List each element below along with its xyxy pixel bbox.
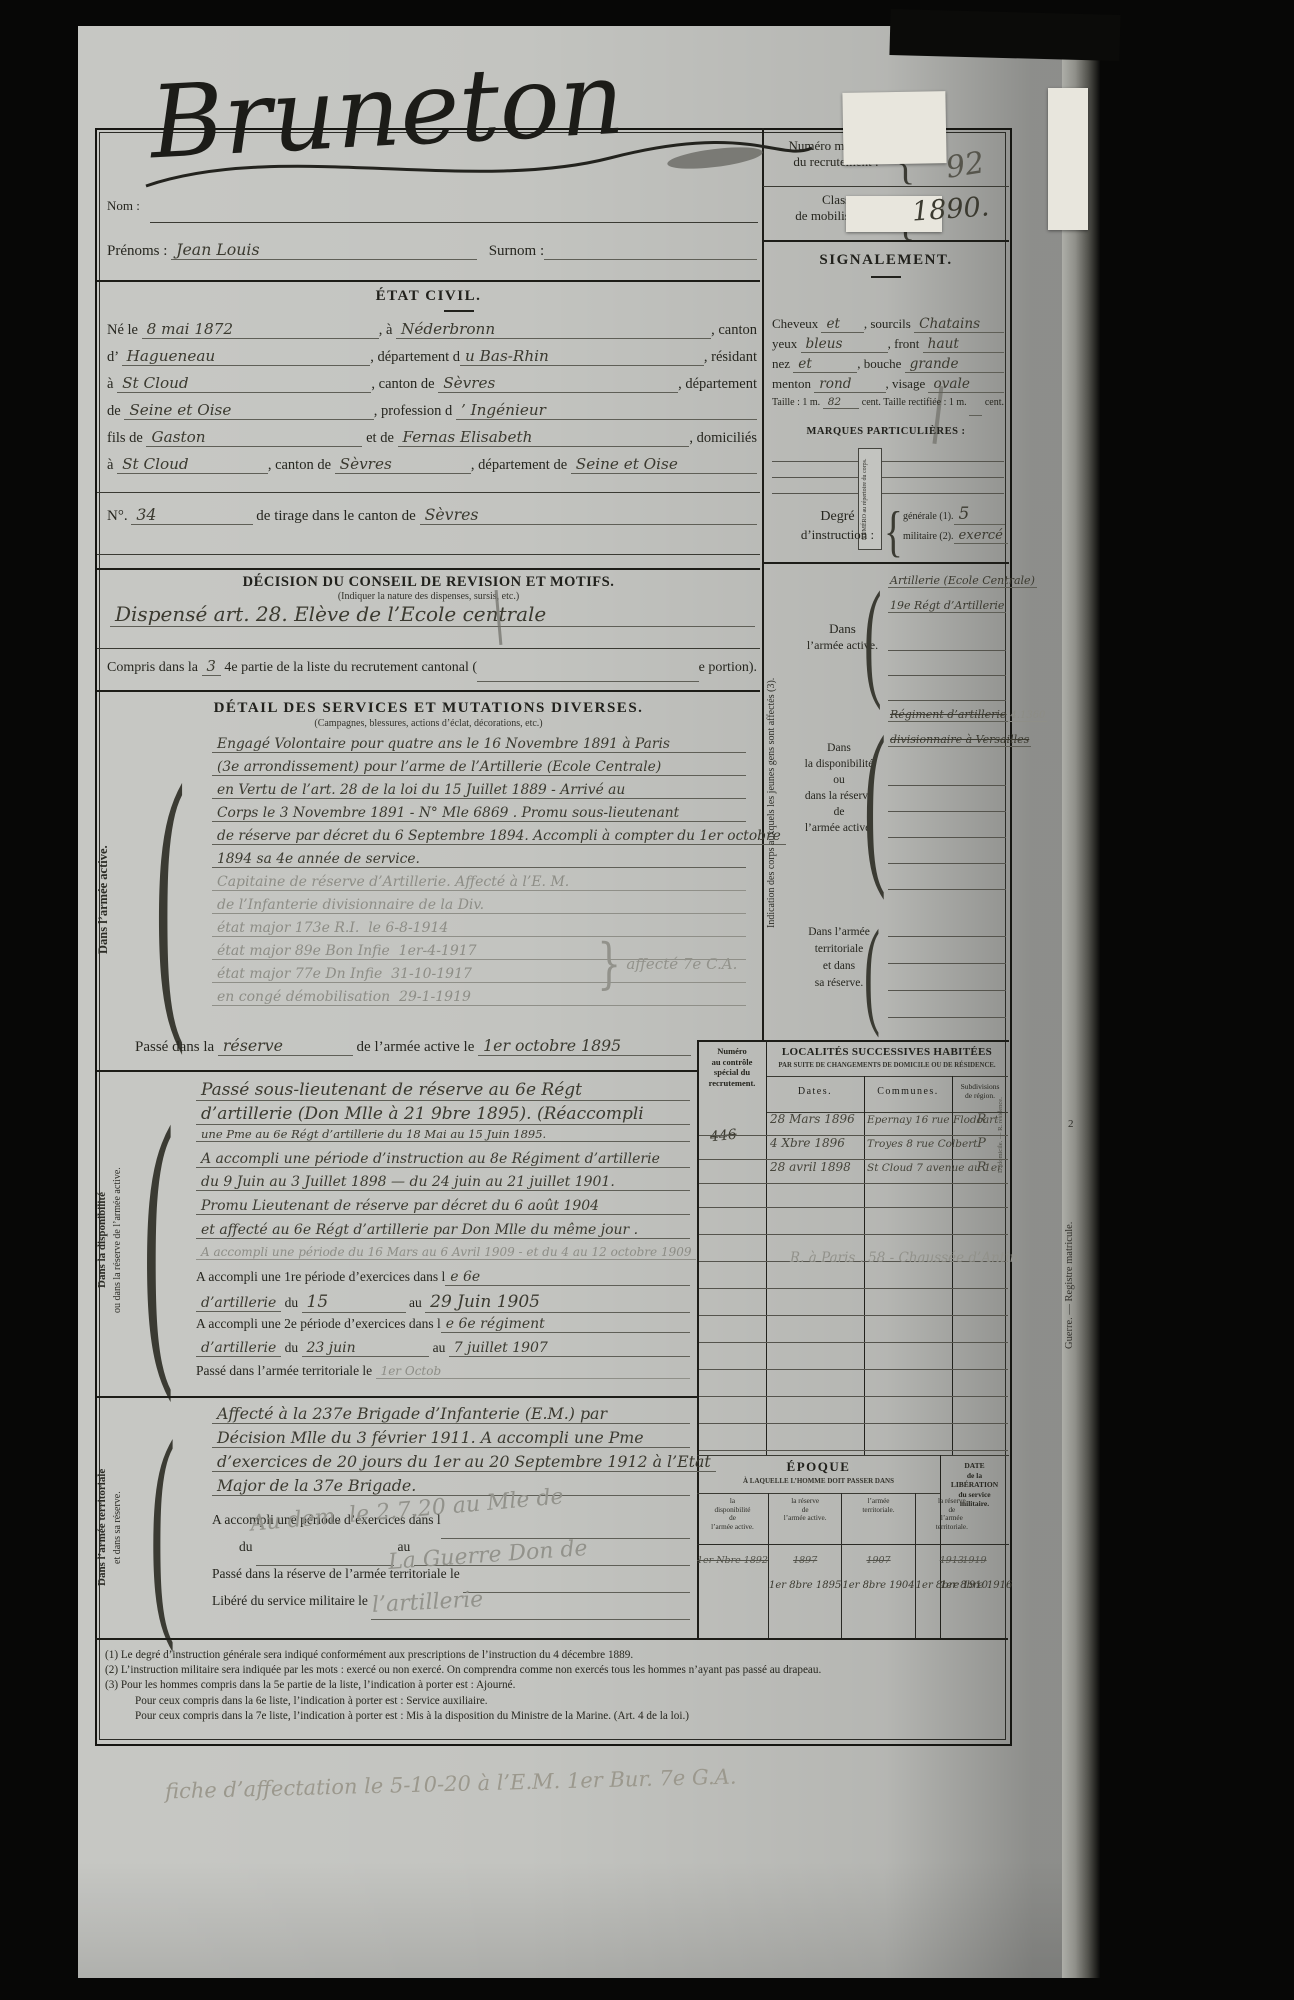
printed-text: , bouche: [857, 356, 904, 372]
brace: (: [155, 740, 185, 1040]
locality-row: 4 Xbre 1896Troyes 8 rue ColbertP: [699, 1136, 1008, 1160]
handwritten-text: Seine et Oise: [124, 401, 373, 420]
rule: [97, 648, 760, 649]
handwritten-text: A accompli une période d’instruction au …: [196, 1151, 690, 1168]
title-tick: [871, 276, 901, 278]
form-line: menton rond, visage ovale: [772, 376, 1004, 396]
text-line: (1) Le degré d’instruction générale sera…: [105, 1648, 1003, 1663]
handwritten-text: 1894 sa 4e année de service.: [212, 851, 746, 868]
form-line: de Seine et Oise, profession d ’ Ingénie…: [107, 401, 757, 428]
printed-text: , résidant: [704, 349, 757, 366]
handwritten-text: Promu Lieutenant de réserve par décret d…: [196, 1198, 690, 1215]
form-line: (3e arrondissement) pour l’arme de l’Art…: [212, 759, 746, 782]
form-line: Artillerie (Ecole Centrale): [888, 574, 1006, 599]
form-line: Passé dans l’armée territoriale le 1er O…: [196, 1363, 690, 1387]
handwritten-text: Jean Louis: [171, 240, 477, 260]
title-tick: [444, 310, 474, 312]
handwritten-text: Dispensé art. 28. Elève de l’Ecole centr…: [110, 602, 755, 627]
label-line: l’armée: [842, 1497, 914, 1506]
form-line: Cheveux et, sourcils Chatains: [772, 316, 1004, 336]
handwritten-text: St Cloud: [117, 374, 371, 393]
separator: [97, 1070, 697, 1072]
handwritten-text: Gaston: [146, 428, 362, 447]
text-line: Pour ceux compris dans la 6e liste, l’in…: [105, 1694, 1003, 1709]
brace: (: [143, 1082, 174, 1388]
printed-text: Passé dans l’armée territoriale le: [196, 1363, 376, 1379]
label-line: la réserve: [916, 1497, 988, 1506]
text-line: Numéro: [700, 1046, 764, 1057]
epoque-column: l’arméeterritoriale.19071er 8bre 1904: [842, 1493, 915, 1640]
classe-value: 1890.: [911, 191, 990, 227]
blank-rules: [888, 760, 1006, 892]
locality-row: 28 Mars 1896Epernay 16 rue FlodoartR: [699, 1112, 1008, 1136]
handwritten-text: divisionnaire à Versailles: [888, 733, 1031, 747]
printed-text: , département de: [471, 457, 571, 474]
form-line: A accompli une 1re période d’exercices d…: [196, 1269, 690, 1293]
form-line: et affecté au 6e Régt d’artillerie par D…: [196, 1222, 690, 1246]
handwritten-text: Sèvres: [335, 455, 471, 474]
handwritten-text: du 9 Juin au 3 Juillet 1898 — du 24 juin…: [196, 1174, 690, 1191]
form-line: Engagé Volontaire pour quatre ans le 16 …: [212, 736, 746, 759]
printed-text: , canton de: [268, 457, 335, 474]
printed-text: du: [281, 1295, 301, 1311]
label-line: l’armée active.: [769, 1514, 841, 1523]
label-line: de: [916, 1506, 988, 1515]
handwritten-text: d’artillerie (Don Mlle à 21 9bre 1895). …: [196, 1104, 690, 1125]
matricule-value: 92: [943, 145, 986, 186]
printed-text: A accompli une 1re période d’exercices d…: [196, 1269, 445, 1285]
epoque-column: ladisponibilitédel’armée active.1er Nbre…: [697, 1493, 769, 1640]
footnotes: (1) Le degré d’instruction générale sera…: [105, 1648, 1003, 1724]
col-communes-header: Communes.: [864, 1086, 952, 1097]
epoque-title: ÉPOQUE: [697, 1459, 940, 1475]
form-line: divisionnaire à Versailles: [888, 733, 1006, 758]
locality-date: 28 Mars 1896: [766, 1112, 867, 1126]
localites-title: LOCALITÉS SUCCESSIVES HABITÉES: [766, 1046, 1008, 1058]
blank-rules: [888, 626, 1006, 706]
brace: (: [864, 572, 882, 704]
locality-date: 28 avril 1898: [766, 1160, 867, 1174]
printed-text: , front: [888, 336, 923, 352]
degre-label-1: Degré: [790, 508, 885, 526]
handwritten-text: en Vertu de l’art. 28 de la loi du 15 Ju…: [212, 782, 746, 799]
blank-rules: [699, 1181, 1008, 1455]
locality-date: 4 Xbre 1896: [766, 1136, 867, 1150]
printed-text: Passé dans la: [135, 1039, 218, 1056]
printed-text: A accompli une 2e période d’exercices da…: [196, 1316, 441, 1332]
etat-civil-title: ÉTAT CIVIL.: [97, 288, 760, 305]
decision-subtitle: (Indiquer la nature des dispenses, sursi…: [97, 591, 760, 602]
separator: [97, 280, 760, 282]
label-line: l’armée active.: [697, 1523, 768, 1532]
handwritten-text: grande: [905, 356, 1004, 373]
handwritten-text: 19e Régt d’Artillerie: [888, 599, 1006, 613]
form-line: de réserve par décret du 6 Septembre 189…: [212, 828, 746, 851]
form-line: Compris dans la 3 4e partie de la liste …: [107, 658, 757, 682]
form-line: A accompli une période d’instruction au …: [196, 1151, 690, 1175]
handwritten-text: Chatains: [914, 316, 1004, 333]
rule: [97, 554, 760, 555]
handwritten-text: Passé sous-lieutenant de réserve au 6e R…: [196, 1080, 690, 1101]
printed-text: Taille : 1 m.: [772, 397, 823, 408]
spine-page-number: 2: [1068, 1118, 1074, 1130]
brace: {: [884, 500, 903, 564]
label-line: l’armée: [916, 1514, 988, 1523]
handwritten-text: Affecté à la 237e Brigade d’Infanterie (…: [212, 1404, 690, 1424]
printed-text: et de: [362, 430, 397, 447]
form-line: de l’Infanterie divisionnaire de la Div.: [212, 897, 746, 920]
compris-row: Compris dans la 3 4e partie de la liste …: [107, 658, 757, 682]
epoque-struck-value: 1897: [769, 1555, 841, 1566]
handwritten-text: e 6e régiment: [441, 1316, 690, 1333]
printed-text: , canton: [711, 322, 757, 339]
form-line: en Vertu de l’art. 28 de la loi du 15 Ju…: [212, 782, 746, 805]
printed-text: , profession d: [374, 403, 456, 420]
epoque-struck-value: 1er Nbre 1892: [697, 1555, 768, 1566]
service-block2-lines: Passé sous-lieutenant de réserve au 6e R…: [196, 1080, 690, 1387]
controle-header: Numéroau contrôlespécial durecrutement.: [700, 1046, 764, 1088]
printed-text: nez: [772, 356, 793, 372]
handwritten-text: 23 juin: [302, 1340, 430, 1357]
form-line: Promu Lieutenant de réserve par décret d…: [196, 1198, 690, 1222]
text-line: (3) Pour les hommes compris dans la 5e p…: [105, 1678, 1003, 1693]
epoque-subtitle: À LAQUELLE L’HOMME DOIT PASSER DANS: [697, 1477, 940, 1485]
liberation-date-values: 1919 1er 8bre 1916: [940, 1545, 1009, 1591]
form-line: Régiment d’artillerie4.1360: [888, 708, 1006, 733]
handwritten-text: e 6e: [445, 1269, 690, 1286]
printed-text: à: [107, 457, 117, 474]
corps-active-values: Artillerie (Ecole Centrale)19e Régt d’Ar…: [888, 574, 1006, 624]
epoque-value: 1er 8bre 1895: [769, 1580, 841, 1591]
handwritten-text: bleus: [801, 336, 888, 353]
printed-text: de: [107, 403, 124, 420]
side-label-disponibilite-2: ou dans la réserve de l’armée active.: [112, 1090, 123, 1390]
handwritten-text: Sèvres: [420, 505, 757, 525]
locality-sub: R: [955, 1160, 1008, 1175]
marques-label: MARQUES PARTICULIÈRES :: [763, 426, 1009, 437]
handwritten-text: 4.1360: [1008, 710, 1047, 722]
form-line: 1894 sa 4e année de service.: [212, 851, 746, 874]
handwritten-text: (3e arrondissement) pour l’arme de l’Art…: [212, 759, 746, 776]
separator: [763, 240, 1009, 242]
brace: (: [864, 710, 886, 892]
epoque-column: la réservedel’armée active.18971er 8bre …: [769, 1493, 842, 1640]
label-line: disponibilité: [697, 1506, 768, 1515]
printed-text: e portion).: [699, 660, 757, 676]
text-line: DATE: [940, 1461, 1009, 1471]
nom-label: Nom :: [107, 198, 140, 214]
text-line: LIBÉRATION: [940, 1480, 1009, 1490]
form-line: du 9 Juin au 3 Juillet 1898 — du 24 juin…: [196, 1174, 690, 1198]
locality-commune: St Cloud 7 avenue au 1er: [867, 1162, 955, 1174]
form-line: Passé sous-lieutenant de réserve au 6e R…: [196, 1080, 690, 1104]
printed-text: du: [281, 1340, 301, 1356]
handwritten-text: ’ Ingénieur: [456, 401, 757, 420]
prenoms-row: Prénoms : Jean Louis Surnom :: [107, 240, 757, 260]
brace: (: [150, 1406, 175, 1641]
handwritten-text: et: [793, 356, 857, 373]
handwritten-text: et affecté au 6e Régt d’artillerie par D…: [196, 1222, 690, 1239]
form-line: Passé dans la réserve de l’armée active …: [135, 1036, 691, 1066]
handwritten-text: Corps le 3 Novembre 1891 - N° Mle 6869 .…: [212, 805, 746, 822]
label-line: la: [697, 1497, 768, 1506]
handwritten-text: Décision Mlle du 3 février 1911. A accom…: [212, 1428, 690, 1448]
brace: }: [597, 932, 621, 995]
printed-text: fils de: [107, 430, 146, 447]
form-line: Taille : 1 m. 82 cent. Taille rectifiée …: [772, 396, 1004, 416]
form-line: générale (1).5: [903, 504, 1005, 528]
printed-text: N°.: [107, 508, 131, 525]
printed-text: yeux: [772, 336, 801, 352]
text-line: (2) L’instruction militaire sera indiqué…: [105, 1663, 1003, 1678]
handwritten-text: 8 mai 1872: [142, 320, 379, 339]
handwritten-text: 15: [302, 1292, 406, 1313]
localites-subtitle: PAR SUITE DE CHANGEMENTS DE DOMICILE OU …: [766, 1062, 1008, 1069]
form-line: à St Cloud, canton de Sèvres, départemen…: [107, 455, 757, 482]
handwritten-text: haut: [923, 336, 1004, 353]
form-line: A accompli une 2e période d’exercices da…: [196, 1316, 690, 1340]
affecte-text: affecté 7e C.A.: [626, 955, 737, 973]
handwritten-text: 1er Octob: [376, 1364, 690, 1379]
epoque-column-label: ladisponibilitédel’armée active.: [697, 1493, 768, 1545]
printed-text: au: [429, 1340, 449, 1356]
side-label-disponibilite-1: Dans la disponibilité: [96, 1090, 108, 1390]
localites-rows: 28 Mars 1896Epernay 16 rue FlodoartR4 Xb…: [699, 1112, 1008, 1184]
degre-label-2: d’instruction :: [790, 526, 885, 544]
tape-piece: [1048, 88, 1088, 230]
handwritten-text: et: [821, 316, 863, 333]
form-line: Prénoms : Jean Louis Surnom :: [107, 240, 757, 260]
blank-field: [969, 396, 982, 416]
handwritten-text: Hagueneau: [122, 347, 371, 366]
handwritten-text: 1er octobre 1895: [478, 1036, 691, 1056]
locality-commune: Epernay 16 rue Flodoart: [867, 1114, 955, 1126]
register-scan: Bruneton Nom : Prénoms : Jean Louis Surn…: [0, 0, 1294, 2000]
printed-text: , sourcils: [864, 316, 914, 332]
label-line: la réserve: [769, 1497, 841, 1506]
localites-pencil-note: R. à Paris . 58 - Chaussée d’Antin: [790, 1250, 1018, 1266]
separator: [763, 562, 1009, 564]
degre-rows: générale (1).5militaire (2).exercé: [903, 504, 1005, 552]
rule: [766, 1076, 1008, 1077]
form-line: A accompli une période du 16 Mars au 6 A…: [196, 1245, 690, 1269]
form-line: d’artillerie (Don Mlle à 21 9bre 1895). …: [196, 1104, 690, 1128]
text-line: recrutement.: [700, 1078, 764, 1089]
printed-text: cent. Taille rectifiée : 1 m.: [859, 397, 969, 408]
date-value: 1er 8bre 1916: [940, 1580, 1009, 1591]
form-line: nez et, bouche grande: [772, 356, 1004, 376]
decision-title: DÉCISION DU CONSEIL DE REVISION ET MOTIF…: [97, 574, 760, 591]
epoque-column-label: l’arméeterritoriale.: [842, 1493, 914, 1545]
printed-text: , visage: [886, 376, 929, 392]
form-line: fils de Gaston et de Fernas Elisabeth, d…: [107, 428, 757, 455]
printed-text: , canton de: [371, 376, 438, 393]
separator: [95, 1638, 1008, 1640]
form-line: militaire (2).exercé: [903, 528, 1005, 552]
handwritten-text: d’artillerie: [196, 1340, 281, 1357]
passe-reserve-row: Passé dans la réserve de l’armée active …: [135, 1036, 691, 1066]
side-label-territoriale-1: Dans l’armée territoriale: [96, 1415, 108, 1640]
printed-text: Compris dans la: [107, 660, 202, 676]
handwritten-text: de réserve par décret du 6 Septembre 189…: [212, 828, 786, 845]
corps-side-label: Indication des corps auxquels les jeunes…: [766, 566, 777, 1040]
form-line: d’artillerie du 15 au 29 Juin 1905: [196, 1292, 690, 1316]
printed-text: au: [406, 1295, 426, 1311]
form-line: d’artillerie du 23 juin au 7 juillet 190…: [196, 1340, 690, 1364]
printed-text: 4e partie de la liste du recrutement can…: [221, 660, 477, 676]
printed-text: Surnom :: [477, 243, 544, 260]
handwritten-text: Major de la 37e Brigade.: [212, 1476, 690, 1496]
handwritten-text: 7 juillet 1907: [449, 1340, 690, 1357]
handwritten-text: Capitaine de réserve d’Artillerie. Affec…: [212, 874, 746, 891]
rule: [150, 222, 758, 223]
epoque-column-label: la réservedel’arméeterritoriale.: [916, 1493, 988, 1545]
handwritten-text: St Cloud: [117, 455, 268, 474]
blank-field: [463, 1566, 690, 1593]
label-line: de: [769, 1506, 841, 1515]
handwritten-text: 34: [131, 505, 252, 525]
affectation-note: } affecté 7e C.A.: [592, 932, 737, 995]
handwritten-text: d’exercices de 20 jours du 1er au 20 Sep…: [212, 1452, 716, 1472]
handwritten-text: Fernas Elisabeth: [398, 428, 690, 447]
printed-text: Cheveux: [772, 316, 821, 332]
handwritten-text: d’artillerie: [196, 1295, 281, 1312]
locality-sub: P: [955, 1136, 1008, 1151]
label-line: territoriale.: [916, 1523, 988, 1532]
service-block3-lines: Affecté à la 237e Brigade d’Infanterie (…: [212, 1404, 690, 1500]
label-line: de: [697, 1514, 768, 1523]
handwritten-text: ovale: [928, 376, 1004, 393]
handwritten-text: Engagé Volontaire pour quatre ans le 16 …: [212, 736, 746, 753]
epoque-struck-value: 1907: [842, 1555, 914, 1566]
blank-field: [544, 240, 757, 260]
tape-piece: [842, 91, 946, 165]
separator: [97, 568, 760, 570]
printed-text: , domiciliés: [689, 430, 757, 447]
handwritten-text: Seine et Oise: [571, 455, 757, 474]
handwritten-text: u Bas-Rhin: [460, 347, 704, 366]
handwritten-text: de l’Infanterie divisionnaire de la Div.: [212, 897, 746, 914]
epoque-column-label: la réservedel’armée active.: [769, 1493, 841, 1545]
signalement-rows: Cheveux et, sourcils Chatainsyeux bleus,…: [772, 316, 1004, 416]
side-label-armee-active: Dans l’armée active.: [96, 745, 111, 1055]
printed-text: générale (1).: [903, 511, 954, 522]
printed-text: cent.: [982, 397, 1004, 408]
etat-civil-rows: Né le 8 mai 1872, à Néderbronn, cantond’…: [107, 320, 757, 482]
locality-commune: Troyes 8 rue Colbert: [867, 1138, 955, 1150]
blank-rules: [772, 446, 1004, 496]
handwritten-text: 3: [202, 658, 221, 676]
handwritten-text: Sèvres: [438, 374, 678, 393]
pen-flourish: [140, 128, 820, 208]
form-line: Dispensé art. 28. Elève de l’Ecole centr…: [110, 602, 755, 632]
printed-text: d’: [107, 349, 122, 366]
form-line: N°. 34 de tirage dans le canton de Sèvre…: [107, 505, 757, 535]
epoque-columns: ladisponibilitédel’armée active.1er Nbre…: [697, 1493, 940, 1640]
form-line: Né le 8 mai 1872, à Néderbronn, canton: [107, 320, 757, 347]
degre-label: Degré d’instruction :: [790, 508, 885, 544]
handwritten-text: Régiment d’artillerie: [888, 708, 1008, 722]
handwritten-text: 82: [823, 396, 860, 409]
printed-text: du: [212, 1539, 256, 1555]
form-line: Affecté à la 237e Brigade d’Infanterie (…: [212, 1404, 690, 1428]
text-line: de la: [940, 1471, 1009, 1481]
handwritten-text: Artillerie (Ecole Centrale): [888, 574, 1037, 588]
printed-text: Prénoms :: [107, 243, 171, 260]
handwritten-text: Néderbronn: [396, 320, 711, 339]
epoque-value: 1er 8bre 1904: [842, 1580, 914, 1591]
printed-text: menton: [772, 376, 814, 392]
form-line: 19e Régt d’Artillerie: [888, 599, 1006, 624]
blank-field: [256, 1539, 394, 1566]
page-binding-edge: [1062, 26, 1100, 1978]
text-line: au contrôle: [700, 1057, 764, 1068]
brace: (: [864, 912, 880, 1032]
label-line: territoriale.: [842, 1506, 914, 1515]
handwritten-text: 5: [954, 504, 1005, 525]
form-line: Capitaine de réserve d’Artillerie. Affec…: [212, 874, 746, 897]
side-label-territoriale-2: et dans sa réserve.: [112, 1415, 123, 1640]
printed-text: , département: [678, 376, 757, 393]
printed-text: de tirage dans le canton de: [253, 508, 420, 525]
printed-text: militaire (2).: [903, 531, 954, 542]
torn-edge: [889, 9, 1120, 61]
text-line: Pour ceux compris dans la 7e liste, l’in…: [105, 1709, 1003, 1724]
spine-label: Guerre. — Registre matricule.: [1064, 1140, 1075, 1430]
form-line: Décision Mlle du 3 février 1911. A accom…: [212, 1428, 690, 1452]
handwritten-text: A accompli une période du 16 Mars au 6 A…: [196, 1245, 696, 1260]
date-struck: 1919: [940, 1555, 1009, 1566]
blank-field: [477, 658, 699, 682]
printed-text: à: [107, 376, 117, 393]
printed-text: de l’armée active le: [353, 1039, 478, 1056]
form-line: à St Cloud, canton de Sèvres, départemen…: [107, 374, 757, 401]
signalement-title: SIGNALEMENT.: [763, 252, 1009, 269]
rule: [97, 492, 760, 493]
form-line: yeux bleus, front haut: [772, 336, 1004, 356]
printed-text: , département d: [370, 349, 460, 366]
printed-text: Né le: [107, 322, 142, 339]
text-line: spécial du: [700, 1067, 764, 1078]
printed-text: , à: [379, 322, 396, 339]
handwritten-text: réserve: [218, 1036, 353, 1056]
separator: [97, 690, 760, 692]
form-line: d’ Hagueneau, département du Bas-Rhin, r…: [107, 347, 757, 374]
printed-text: Libéré du service militaire le: [212, 1593, 371, 1609]
handwritten-text: exercé: [954, 528, 1008, 544]
services-subtitle: (Campagnes, blessures, actions d’éclat, …: [97, 718, 760, 729]
separator: [97, 1396, 697, 1398]
form-line: Corps le 3 Novembre 1891 - N° Mle 6869 .…: [212, 805, 746, 828]
decision-value: Dispensé art. 28. Elève de l’Ecole centr…: [110, 602, 755, 632]
corps-dispo-values: Régiment d’artillerie4.1360divisionnaire…: [888, 708, 1006, 758]
handwritten-text: une Pme au 6e Régt d’artillerie du 18 Ma…: [196, 1127, 690, 1142]
services-title: DÉTAIL DES SERVICES ET MUTATIONS DIVERSE…: [97, 700, 760, 717]
form-line: d’exercices de 20 jours du 1er au 20 Sep…: [212, 1452, 690, 1476]
separator: [697, 1040, 1009, 1042]
form-line: une Pme au 6e Régt d’artillerie du 18 Ma…: [196, 1127, 690, 1151]
blank-rules: [888, 910, 1006, 1032]
col-dates-header: Dates.: [766, 1086, 864, 1097]
locality-sub: R: [955, 1112, 1008, 1127]
handwritten-text: 29 Juin 1905: [425, 1292, 690, 1313]
tirage-row: N°. 34 de tirage dans le canton de Sèvre…: [107, 505, 757, 535]
handwritten-text: rond: [814, 376, 885, 393]
